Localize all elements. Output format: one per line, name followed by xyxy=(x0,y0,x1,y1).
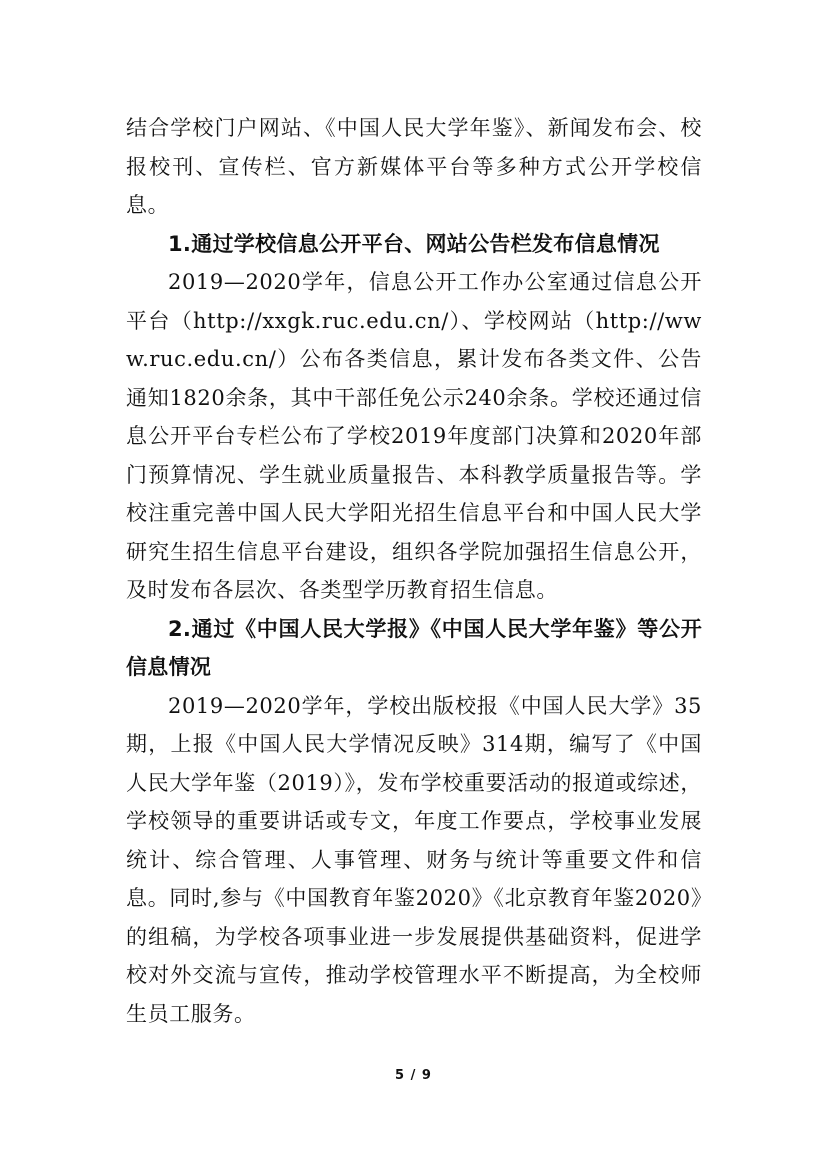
section-2-heading: 2.通过《中国人民大学报》《中国人民大学年鉴》等公开信息情况 xyxy=(126,610,702,687)
page-content: 结合学校门户网站、《中国人民大学年鉴》、新闻发布会、校报校刊、宣传栏、官方新媒体… xyxy=(126,109,702,1033)
paragraph-intro-continuation: 结合学校门户网站、《中国人民大学年鉴》、新闻发布会、校报校刊、宣传栏、官方新媒体… xyxy=(126,109,702,225)
page-number: 5 / 9 xyxy=(0,1068,827,1083)
section-1-body: 2019—2020学年，信息公开工作办公室通过信息公开平台（http://xxg… xyxy=(126,263,702,610)
document-page: 结合学校门户网站、《中国人民大学年鉴》、新闻发布会、校报校刊、宣传栏、官方新媒体… xyxy=(0,0,827,1170)
section-2-body: 2019—2020学年，学校出版校报《中国人民大学》35期，上报《中国人民大学情… xyxy=(126,687,702,1034)
section-1-heading: 1.通过学校信息公开平台、网站公告栏发布信息情况 xyxy=(126,225,702,264)
